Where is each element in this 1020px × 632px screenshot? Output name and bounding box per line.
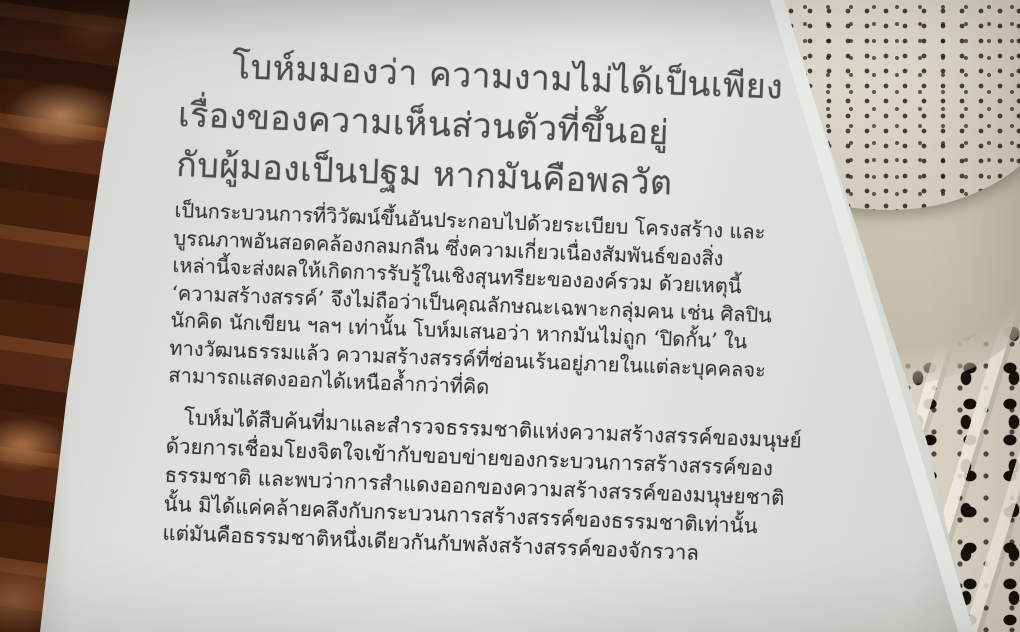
paragraph-1: เป็นกระบวนการที่วิวัฒน์ขึ้นอันประกอบไปด้… — [168, 197, 840, 414]
printed-text-block: โบห์มมองว่า ความงามไม่ได้เป็นเพียง เรื่อ… — [162, 40, 846, 572]
paragraph-2: โบห์มได้สืบค้นที่มาและสำรวจธรรมชาติแห่งค… — [162, 402, 832, 572]
photo-canvas: โบห์มมองว่า ความงามไม่ได้เป็นเพียง เรื่อ… — [0, 0, 1020, 632]
heading: โบห์มมองว่า ความงามไม่ได้เป็นเพียง เรื่อ… — [175, 40, 845, 215]
